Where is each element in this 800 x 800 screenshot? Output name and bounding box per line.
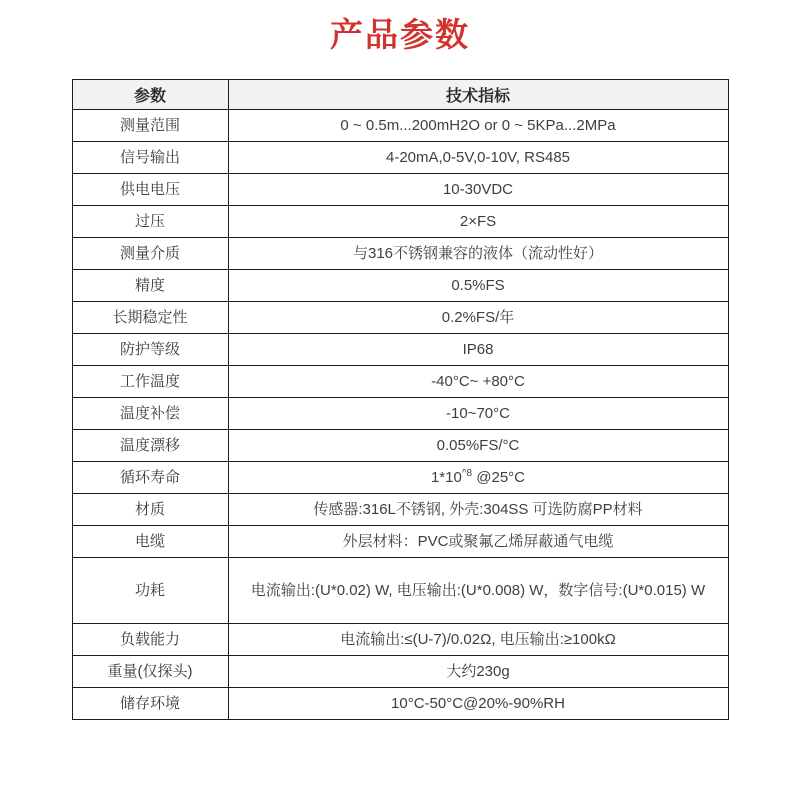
value-text: 外层材料：PVC或聚氟乙烯屏蔽通气电缆 (343, 533, 614, 550)
value-cell: 0.05%FS/°C (228, 430, 728, 462)
table-row: 过压2×FS (72, 206, 728, 238)
spec-table-header: 参数 技术指标 (72, 80, 728, 110)
value-cell: 1*10^8 @25°C (228, 462, 728, 494)
header-row: 参数 技术指标 (72, 80, 728, 110)
param-cell: 信号输出 (72, 142, 228, 174)
value-cell: -40°C~ +80°C (228, 366, 728, 398)
value-cell: 大约230g (228, 656, 728, 688)
value-cell: 2×FS (228, 206, 728, 238)
value-cell: 10°C-50°C@20%-90%RH (228, 688, 728, 720)
value-text: -40°C~ +80°C (431, 373, 525, 390)
value-text: -10~70°C (446, 405, 510, 422)
table-row: 温度补偿-10~70°C (72, 398, 728, 430)
value-cell: IP68 (228, 334, 728, 366)
param-cell: 温度补偿 (72, 398, 228, 430)
table-row: 重量(仅探头)大约230g (72, 656, 728, 688)
page-title: 产品参数 (0, 14, 800, 56)
value-text: 大约230g (446, 663, 509, 680)
value-text: IP68 (463, 341, 494, 358)
table-row: 长期稳定性0.2%FS/年 (72, 302, 728, 334)
table-row: 储存环境10°C-50°C@20%-90%RH (72, 688, 728, 720)
value-text: 传感器:316L不锈钢, 外壳:304SS 可选防腐PP材料 (313, 501, 642, 518)
param-cell: 温度漂移 (72, 430, 228, 462)
param-cell: 精度 (72, 270, 228, 302)
value-cell: -10~70°C (228, 398, 728, 430)
param-cell: 供电电压 (72, 174, 228, 206)
param-cell: 测量介质 (72, 238, 228, 270)
value-text: 电流输出:≤(U-7)/0.02Ω, 电压输出:≥100kΩ (340, 631, 616, 648)
spec-table: 参数 技术指标 测量范围0 ~ 0.5m...200mH2O or 0 ~ 5K… (72, 79, 729, 720)
param-cell: 电缆 (72, 526, 228, 558)
table-row: 精度0.5%FS (72, 270, 728, 302)
value-cell: 外层材料：PVC或聚氟乙烯屏蔽通气电缆 (228, 526, 728, 558)
value-cell: 电流输出:≤(U-7)/0.02Ω, 电压输出:≥100kΩ (228, 624, 728, 656)
table-row: 温度漂移0.05%FS/°C (72, 430, 728, 462)
param-cell: 防护等级 (72, 334, 228, 366)
value-cell: 4-20mA,0-5V,0-10V, RS485 (228, 142, 728, 174)
value-text: 0.05%FS/°C (437, 437, 520, 454)
param-cell: 功耗 (72, 558, 228, 624)
param-cell: 重量(仅探头) (72, 656, 228, 688)
param-cell: 储存环境 (72, 688, 228, 720)
value-cell: 传感器:316L不锈钢, 外壳:304SS 可选防腐PP材料 (228, 494, 728, 526)
table-row: 电缆外层材料：PVC或聚氟乙烯屏蔽通气电缆 (72, 526, 728, 558)
value-text: 与316不锈钢兼容的液体（流动性好） (353, 245, 603, 262)
param-cell: 过压 (72, 206, 228, 238)
spec-table-body: 测量范围0 ~ 0.5m...200mH2O or 0 ~ 5KPa...2MP… (72, 110, 728, 720)
value-cell: 0.5%FS (228, 270, 728, 302)
value-cell: 电流输出:(U*0.02) W, 电压输出:(U*0.008) W，数字信号:(… (228, 558, 728, 624)
header-value: 技术指标 (228, 80, 728, 110)
table-row: 负载能力电流输出:≤(U-7)/0.02Ω, 电压输出:≥100kΩ (72, 624, 728, 656)
value-cell: 10-30VDC (228, 174, 728, 206)
table-row: 工作温度-40°C~ +80°C (72, 366, 728, 398)
param-cell: 负载能力 (72, 624, 228, 656)
param-cell: 材质 (72, 494, 228, 526)
table-row: 信号输出4-20mA,0-5V,0-10V, RS485 (72, 142, 728, 174)
value-text: 电流输出:(U*0.02) W, 电压输出:(U*0.008) W，数字信号:(… (251, 582, 705, 599)
table-row: 循环寿命1*10^8 @25°C (72, 462, 728, 494)
param-cell: 长期稳定性 (72, 302, 228, 334)
value-cell: 0 ~ 0.5m...200mH2O or 0 ~ 5KPa...2MPa (228, 110, 728, 142)
value-cell: 与316不锈钢兼容的液体（流动性好） (228, 238, 728, 270)
value-text: 1*10 (431, 469, 462, 486)
table-row: 供电电压10-30VDC (72, 174, 728, 206)
header-param: 参数 (72, 80, 228, 110)
table-row: 防护等级IP68 (72, 334, 728, 366)
value-cell: 0.2%FS/年 (228, 302, 728, 334)
table-row: 材质传感器:316L不锈钢, 外壳:304SS 可选防腐PP材料 (72, 494, 728, 526)
value-text: 0.5%FS (451, 277, 504, 294)
table-row: 测量介质与316不锈钢兼容的液体（流动性好） (72, 238, 728, 270)
value-text: 0 ~ 0.5m...200mH2O or 0 ~ 5KPa...2MPa (340, 117, 615, 134)
table-row: 测量范围0 ~ 0.5m...200mH2O or 0 ~ 5KPa...2MP… (72, 110, 728, 142)
value-text: 10-30VDC (443, 181, 513, 198)
param-cell: 循环寿命 (72, 462, 228, 494)
value-superscript: ^8 (462, 468, 472, 479)
value-text: 10°C-50°C@20%-90%RH (391, 695, 565, 712)
table-row: 功耗电流输出:(U*0.02) W, 电压输出:(U*0.008) W，数字信号… (72, 558, 728, 624)
value-text: 0.2%FS/年 (442, 309, 515, 326)
value-text: 2×FS (460, 213, 496, 230)
param-cell: 工作温度 (72, 366, 228, 398)
param-cell: 测量范围 (72, 110, 228, 142)
value-text: @25°C (472, 469, 525, 486)
value-text: 4-20mA,0-5V,0-10V, RS485 (386, 149, 570, 166)
